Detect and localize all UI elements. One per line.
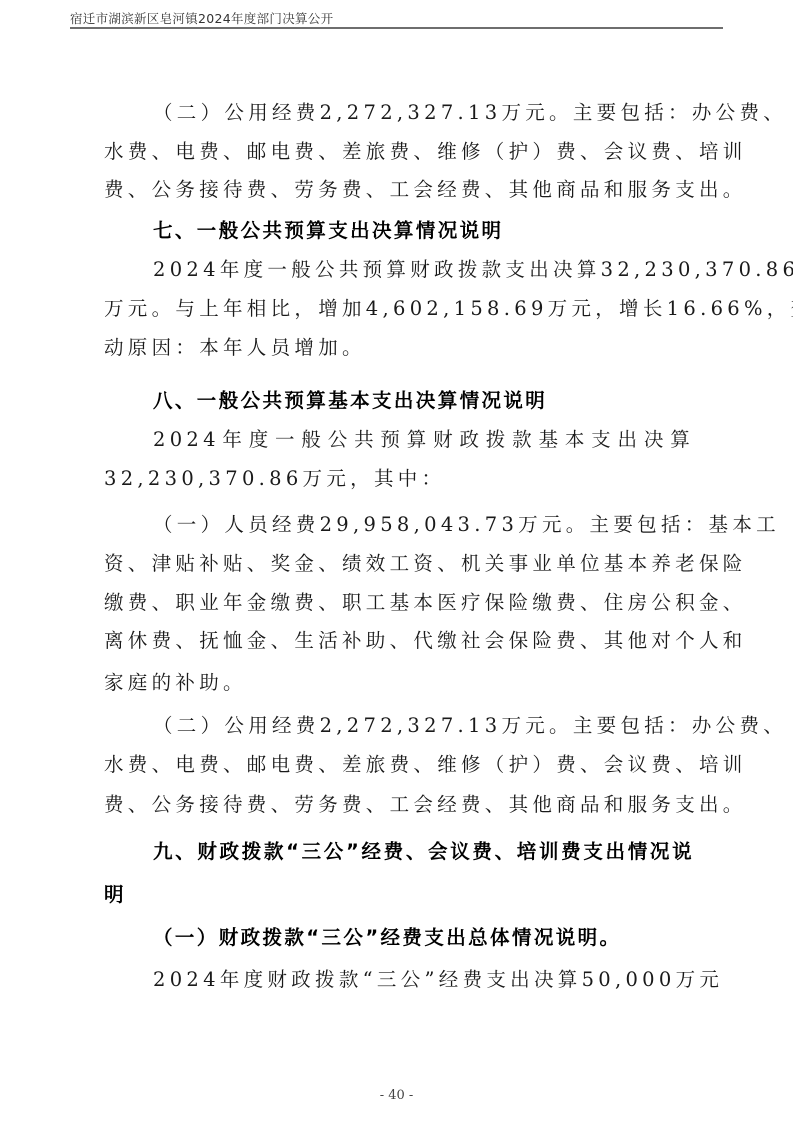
header-divider bbox=[70, 27, 723, 29]
paragraph-line: 2024年度一般公共预算财政拨款基本支出决算 bbox=[153, 427, 694, 453]
paragraph-line: （一）人员经费29,958,043.73万元。主要包括：基本工 bbox=[153, 512, 694, 538]
paragraph-line: 水费、电费、邮电费、差旅费、维修（护）费、会议费、培训 bbox=[104, 752, 694, 778]
paragraph-line: 动原因：本年人员增加。 bbox=[104, 335, 694, 361]
paragraph-line: 2024年度财政拨款“三公”经费支出决算50,000万元 bbox=[153, 967, 694, 993]
paragraph-line: 32,230,370.86万元，其中： bbox=[104, 466, 694, 492]
paragraph-line: 资、津贴补贴、奖金、绩效工资、机关事业单位基本养老保险 bbox=[104, 551, 694, 577]
paragraph-line: 2024年度一般公共预算财政拨款支出决算32,230,370.86 bbox=[153, 257, 694, 283]
paragraph-line: 费、公务接待费、劳务费、工会经费、其他商品和服务支出。 bbox=[104, 177, 694, 203]
section-heading: 九、财政拨款“三公”经费、会议费、培训费支出情况说 bbox=[153, 839, 694, 865]
paragraph-line: 万元。与上年相比，增加4,602,158.69万元，增长16.66%，变 bbox=[104, 296, 694, 322]
section-heading: （一）财政拨款“三公”经费支出总体情况说明。 bbox=[153, 925, 694, 951]
paragraph-line: 家庭的补助。 bbox=[104, 670, 694, 696]
section-heading: 七、一般公共预算支出决算情况说明 bbox=[153, 218, 694, 244]
paragraph-line: 费、公务接待费、劳务费、工会经费、其他商品和服务支出。 bbox=[104, 792, 694, 818]
paragraph-line: 离休费、抚恤金、生活补助、代缴社会保险费、其他对个人和 bbox=[104, 628, 694, 654]
section-heading: 八、一般公共预算基本支出决算情况说明 bbox=[153, 388, 694, 414]
paragraph-line: （二）公用经费2,272,327.13万元。主要包括：办公费、 bbox=[153, 100, 694, 126]
paragraph-line: 缴费、职业年金缴费、职工基本医疗保险缴费、住房公积金、 bbox=[104, 590, 694, 616]
page-number: - 40 - bbox=[0, 1088, 793, 1103]
section-heading: 明 bbox=[104, 882, 694, 908]
document-header-title: 宿迁市湖滨新区皂河镇2024年度部门决算公开 bbox=[70, 9, 333, 27]
paragraph-line: （二）公用经费2,272,327.13万元。主要包括：办公费、 bbox=[153, 713, 694, 739]
paragraph-line: 水费、电费、邮电费、差旅费、维修（护）费、会议费、培训 bbox=[104, 139, 694, 165]
